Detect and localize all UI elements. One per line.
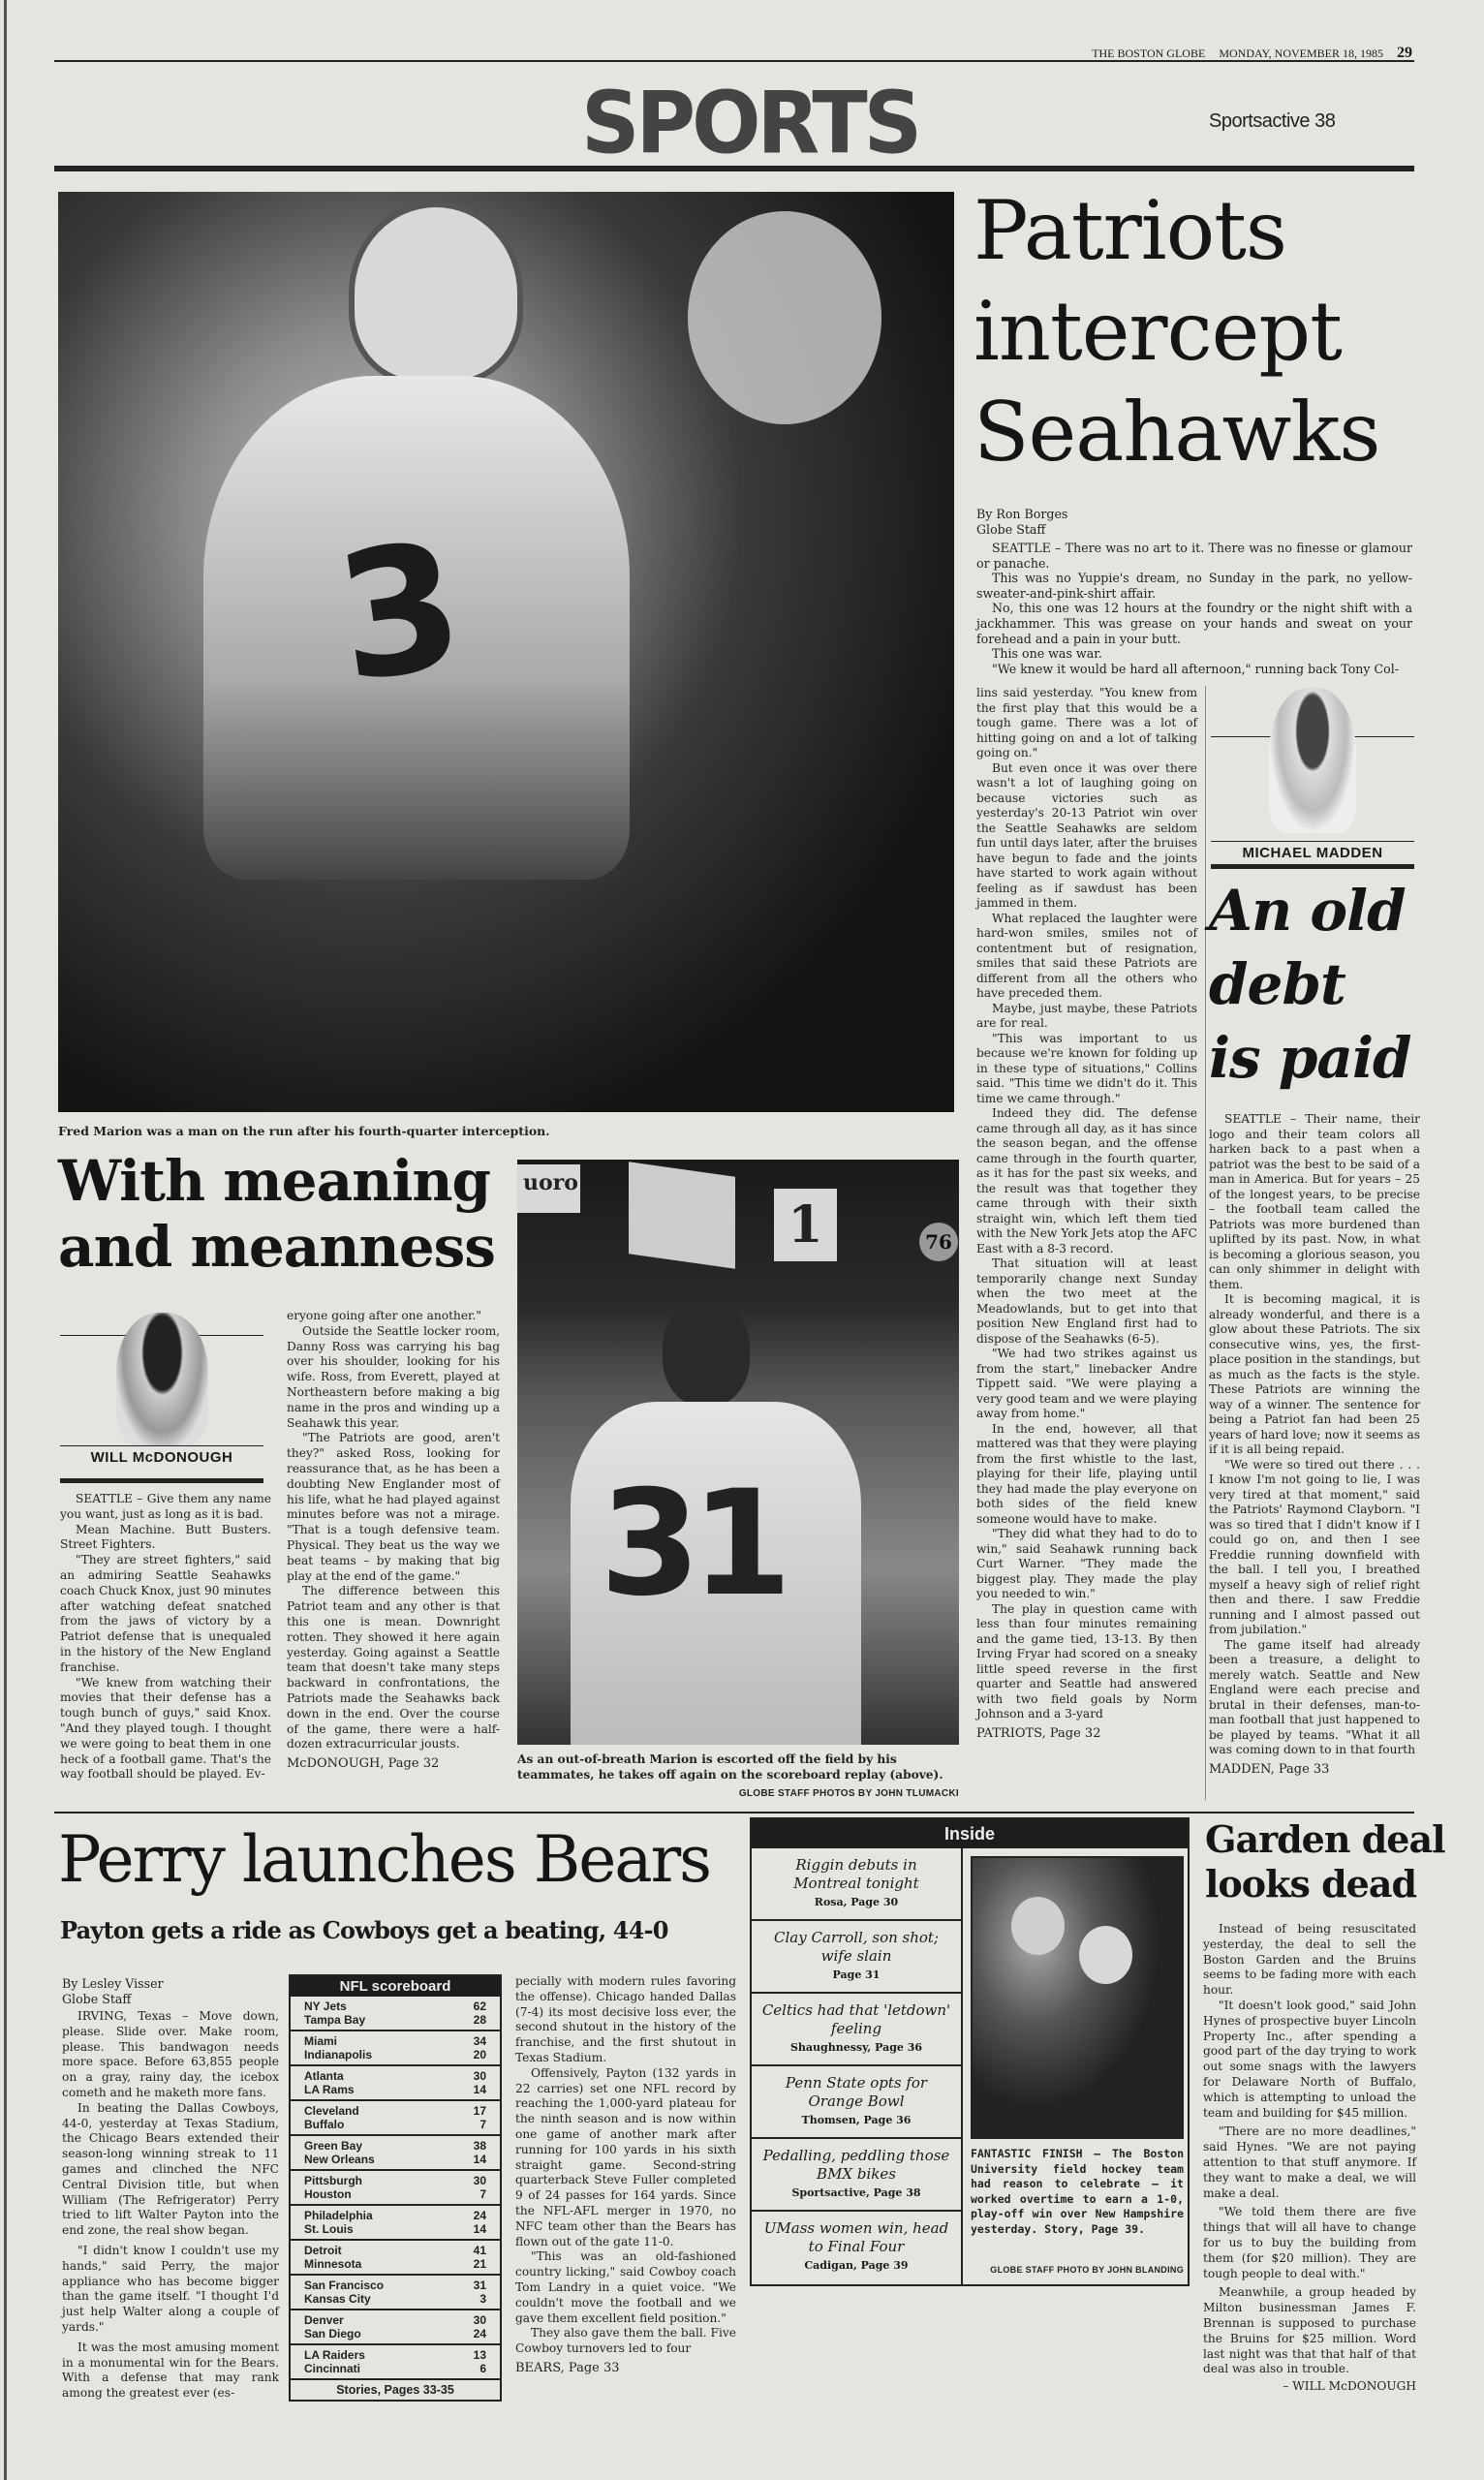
team-name: Buffalo <box>304 2118 344 2131</box>
mcdonough-rule <box>60 1445 263 1446</box>
lower-section-rule <box>54 1812 1414 1813</box>
scoreboard-team-line: LA Raiders13 <box>304 2348 486 2362</box>
scoreboard-title: NFL scoreboard <box>291 1976 500 1997</box>
team-name: Philadelphia <box>304 2209 373 2222</box>
scoreboard-team-line: San Diego24 <box>304 2327 486 2340</box>
scoreboard-sign: uoro <box>517 1164 580 1213</box>
inside-item-headline: Pedalling, peddling those BMX bikes <box>752 2147 961 2184</box>
patriots-headline: Patriots intercept Seahawks <box>974 180 1379 482</box>
team-score: 21 <box>474 2257 486 2271</box>
bears-col2: pecially with modern rules favoring the … <box>515 1974 736 2376</box>
scoreboard-number-panel: 1 <box>774 1189 837 1261</box>
team-name: Pittsburgh <box>304 2174 362 2187</box>
inside-item-page-ref: Rosa, Page 30 <box>752 1896 961 1908</box>
inside-item-page-ref: Page 31 <box>752 1968 961 1981</box>
madden-jump[interactable]: MADDEN, Page 33 <box>1209 1762 1420 1778</box>
mcdonough-portrait <box>116 1313 208 1446</box>
garden-headline: Garden deal looks dead <box>1205 1817 1445 1906</box>
madden-portrait <box>1269 688 1356 833</box>
inside-item[interactable]: Clay Carroll, son shot; wife slainPage 3… <box>752 1921 961 1994</box>
team-score: 14 <box>474 2222 486 2236</box>
team-score: 24 <box>474 2327 486 2340</box>
team-score: 62 <box>474 1999 486 2013</box>
scoreboard-team-line: New Orleans14 <box>304 2153 486 2166</box>
helmet-shape-2 <box>688 211 881 424</box>
scoreboard-team-line: Buffalo7 <box>304 2118 486 2131</box>
team-score: 7 <box>479 2187 486 2201</box>
issue-date: MONDAY, NOVEMBER 18, 1985 <box>1219 46 1383 61</box>
second-photo-caption: As an out-of-breath Marion is escorted o… <box>517 1751 959 1782</box>
mcdonough-headline: With meaning and meanness <box>58 1148 495 1280</box>
scoreboard-game: Cleveland17Buffalo7 <box>291 2101 500 2136</box>
inside-item[interactable]: Riggin debuts in Montreal tonightRosa, P… <box>752 1848 961 1921</box>
scoreboard-team-line: Philadelphia24 <box>304 2209 486 2222</box>
celebrating-player-1 <box>1011 1897 1065 1955</box>
logo-76: 76 <box>919 1223 958 1261</box>
nfl-scoreboard: NFL scoreboard NY Jets62Tampa Bay28Miami… <box>289 1974 502 2402</box>
team-score: 41 <box>474 2244 486 2257</box>
team-score: 24 <box>474 2209 486 2222</box>
scoreboard-game: Atlanta30LA Rams14 <box>291 2066 500 2101</box>
team-score: 30 <box>474 2069 486 2083</box>
team-name: Indianapolis <box>304 2048 372 2061</box>
team-score: 28 <box>474 2013 486 2027</box>
team-score: 13 <box>474 2348 486 2362</box>
main-photo-caption: Fred Marion was a man on the run after h… <box>58 1124 954 1139</box>
inside-item-page-ref: Shaughnessy, Page 36 <box>752 2041 961 2054</box>
bears-subhead: Payton gets a ride as Cowboys get a beat… <box>60 1916 668 1944</box>
garden-signoff: – WILL McDONOUGH <box>1203 2379 1416 2395</box>
mcdonough-jump[interactable]: McDONOUGH, Page 32 <box>287 1756 500 1772</box>
team-score: 14 <box>474 2083 486 2096</box>
bears-byline: By Lesley Visser Globe Staff <box>62 1976 164 2006</box>
inside-photo-field-hockey <box>971 1856 1184 2139</box>
page-edge <box>4 0 7 2480</box>
scoreboard-team-line: Indianapolis20 <box>304 2048 486 2061</box>
scoreboard-team-line: Detroit41 <box>304 2244 486 2257</box>
inside-item-headline: UMass women win, head to Final Four <box>752 2219 961 2256</box>
inside-item-page-ref: Sportsactive, Page 38 <box>752 2186 961 2199</box>
scoreboard-team-line: San Francisco31 <box>304 2278 486 2292</box>
scoreboard-team-line: Denver30 <box>304 2313 486 2327</box>
inside-item-headline: Celtics had that 'letdown' feeling <box>752 2001 961 2038</box>
madden-rule <box>1211 841 1414 842</box>
scoreboard-team-line: LA Rams14 <box>304 2083 486 2096</box>
inside-items: Riggin debuts in Montreal tonightRosa, P… <box>752 1848 963 2284</box>
inside-title: Inside <box>752 1819 1188 1848</box>
scoreboard-team-line: Pittsburgh30 <box>304 2174 486 2187</box>
team-score: 38 <box>474 2139 486 2153</box>
scoreboard-game: LA Raiders13Cincinnati6 <box>291 2345 500 2380</box>
player-head <box>663 1300 750 1407</box>
patriots-jump[interactable]: PATRIOTS, Page 32 <box>976 1726 1197 1742</box>
team-score: 17 <box>474 2104 486 2118</box>
madden-rule-bottom <box>1211 864 1414 869</box>
inside-box: Inside Riggin debuts in Montreal tonight… <box>750 1817 1190 2286</box>
team-score: 7 <box>479 2118 486 2131</box>
sportsactive-teaser[interactable]: Sportsactive 38 <box>1209 110 1335 133</box>
mcdonough-col2: eryone going after one another." Outside… <box>287 1309 500 1772</box>
team-name: Miami <box>304 2034 337 2048</box>
team-name: Green Bay <box>304 2139 362 2153</box>
celebrating-player-2 <box>1079 1926 1132 1984</box>
patriots-story-narrow: lins said yesterday. "You knew from the … <box>976 686 1197 1741</box>
team-name: San Diego <box>304 2327 361 2340</box>
section-title: SPORTS <box>581 77 918 170</box>
team-score: 6 <box>479 2362 486 2375</box>
team-name: Minnesota <box>304 2257 361 2271</box>
inside-item[interactable]: Celtics had that 'letdown' feelingShaugh… <box>752 1994 961 2066</box>
bears-headline: Perry launches Bears <box>58 1821 710 1899</box>
inside-item-headline: Clay Carroll, son shot; wife slain <box>752 1929 961 1966</box>
scoreboard-team-line: Cincinnati6 <box>304 2362 486 2375</box>
team-score: 20 <box>474 2048 486 2061</box>
main-photo-fred-marion: 3 <box>58 192 954 1112</box>
madden-story: SEATTLE – Their name, their logo and the… <box>1209 1112 1420 1777</box>
paper-name: THE BOSTON GLOBE <box>1092 46 1205 61</box>
masthead-rule <box>54 166 1414 171</box>
scoreboard-team-line: Houston7 <box>304 2187 486 2201</box>
scoreboard-game: Detroit41Minnesota21 <box>291 2241 500 2276</box>
team-score: 34 <box>474 2034 486 2048</box>
scoreboard-team-line: Green Bay38 <box>304 2139 486 2153</box>
inside-item[interactable]: UMass women win, head to Final FourCadig… <box>752 2212 961 2283</box>
team-score: 31 <box>474 2278 486 2292</box>
scoreboard-game: Pittsburgh30Houston7 <box>291 2171 500 2206</box>
scoreboard-team-line: Atlanta30 <box>304 2069 486 2083</box>
team-name: Detroit <box>304 2244 342 2257</box>
replay-screen <box>629 1162 735 1268</box>
team-name: NY Jets <box>304 1999 347 2013</box>
scoreboard-team-line: NY Jets62 <box>304 1999 486 2013</box>
team-name: San Francisco <box>304 2278 384 2292</box>
second-photo-marion-escorted: uoro 1 76 31 <box>517 1160 959 1745</box>
top-rule <box>54 60 1414 62</box>
scoreboard-game: San Francisco31Kansas City3 <box>291 2276 500 2310</box>
madden-headline: An old debt is paid <box>1209 874 1411 1095</box>
team-name: Cincinnati <box>304 2362 360 2375</box>
column-rule <box>1205 686 1206 1800</box>
bears-jump[interactable]: BEARS, Page 33 <box>515 2361 736 2376</box>
second-photo-credit: GLOBE STAFF PHOTOS BY JOHN TLUMACKI <box>517 1788 959 1799</box>
patriots-byline: By Ron Borges Globe Staff <box>976 507 1067 537</box>
garden-story: Instead of being resuscitated yesterday,… <box>1203 1922 1416 2395</box>
inside-item-headline: Riggin debuts in Montreal tonight <box>752 1856 961 1893</box>
team-name: Tampa Bay <box>304 2013 365 2027</box>
team-score: 14 <box>474 2153 486 2166</box>
scoreboard-team-line: Cleveland17 <box>304 2104 486 2118</box>
team-name: Cleveland <box>304 2104 359 2118</box>
scoreboard-rows: NY Jets62Tampa Bay28Miami34Indianapolis2… <box>291 1997 500 2380</box>
team-score: 3 <box>479 2292 486 2306</box>
team-score: 30 <box>474 2174 486 2187</box>
player-jersey-number: 31 <box>600 1460 783 1628</box>
team-score: 30 <box>474 2313 486 2327</box>
scoreboard-game: NY Jets62Tampa Bay28 <box>291 1997 500 2031</box>
team-name: Kansas City <box>304 2292 371 2306</box>
mcdonough-columnist-name: WILL McDONOUGH <box>60 1449 263 1466</box>
inside-item-headline: Penn State opts for Orange Bowl <box>752 2074 961 2111</box>
mcdonough-rule-bottom <box>60 1478 263 1483</box>
scoreboard-game: Philadelphia24St. Louis14 <box>291 2206 500 2241</box>
inside-item[interactable]: Penn State opts for Orange BowlThomsen, … <box>752 2066 961 2139</box>
inside-photo-credit: GLOBE STAFF PHOTO BY JOHN BLANDING <box>971 2265 1184 2275</box>
helmet-shape <box>349 201 523 386</box>
inside-item[interactable]: Pedalling, peddling those BMX bikesSport… <box>752 2139 961 2212</box>
scoreboard-game: Green Bay38New Orleans14 <box>291 2136 500 2171</box>
scoreboard-footer[interactable]: Stories, Pages 33-35 <box>291 2380 500 2400</box>
team-name: LA Rams <box>304 2083 355 2096</box>
scoreboard-team-line: Tampa Bay28 <box>304 2013 486 2027</box>
inside-item-page-ref: Thomsen, Page 36 <box>752 2114 961 2126</box>
patriots-story-wide: SEATTLE – There was no art to it. There … <box>976 541 1412 676</box>
team-name: St. Louis <box>304 2222 354 2236</box>
team-name: Houston <box>304 2187 352 2201</box>
team-name: Denver <box>304 2313 344 2327</box>
scoreboard-team-line: Minnesota21 <box>304 2257 486 2271</box>
madden-columnist-name: MICHAEL MADDEN <box>1211 845 1414 861</box>
mcdonough-col1: SEATTLE – Give them any name you want, j… <box>60 1492 271 1782</box>
team-name: LA Raiders <box>304 2348 365 2362</box>
inside-item-page-ref: Cadigan, Page 39 <box>752 2259 961 2272</box>
team-name: Atlanta <box>304 2069 344 2083</box>
team-name: New Orleans <box>304 2153 375 2166</box>
scoreboard-game: Denver30San Diego24 <box>291 2310 500 2345</box>
scoreboard-team-line: St. Louis14 <box>304 2222 486 2236</box>
scoreboard-team-line: Miami34 <box>304 2034 486 2048</box>
scoreboard-game: Miami34Indianapolis20 <box>291 2031 500 2066</box>
inside-photo-caption: FANTASTIC FINISH – The Boston University… <box>971 2147 1184 2237</box>
scoreboard-team-line: Kansas City3 <box>304 2292 486 2306</box>
bears-col1: IRVING, Texas – Move down, please. Slide… <box>62 2009 279 2402</box>
